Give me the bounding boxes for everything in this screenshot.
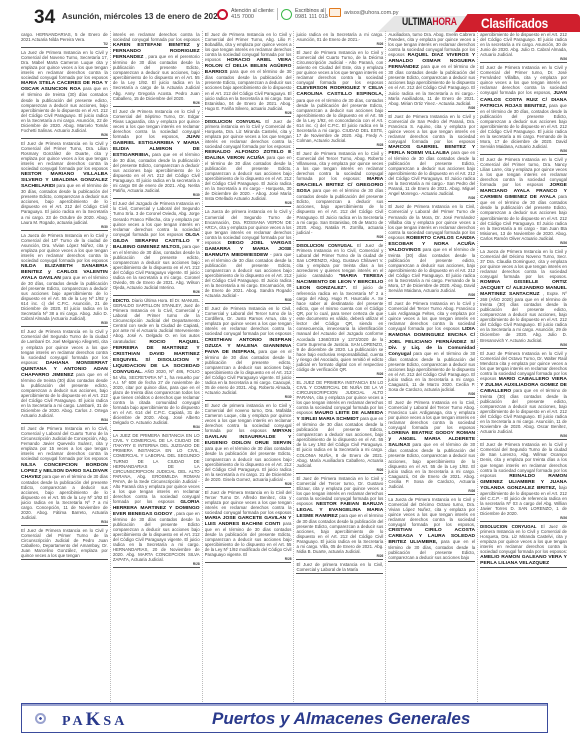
edict-notice: El Juez de Primera Instancia en lo Civil…: [480, 441, 567, 522]
ad-brand: PAKSA: [62, 709, 127, 731]
contact-phone-value: 415 7000: [231, 14, 254, 20]
page-header: 34 Asunción, miércoles 13 de enero de 20…: [0, 0, 580, 30]
edict-body-continued: para que en el término de 30 días contad…: [205, 69, 292, 110]
edict-notice: El Juez de Primera Instancia en lo Civil…: [480, 64, 567, 155]
edict-body-continued: para que en el término de 30 días contad…: [388, 442, 475, 488]
edict-reference: R/26: [296, 42, 383, 46]
edict-reference: R/28: [205, 201, 292, 205]
edict-body-continued: para que en el término de treinta (30) d…: [480, 388, 567, 434]
edict-notice: El Juez de Primera Instancia en lo Civil…: [296, 475, 383, 561]
classifieds-columns: cargo. HERNANDARIAS, 5 de Enero de 2021 …: [21, 31, 569, 704]
edict-reference: R/26: [388, 489, 475, 493]
edict-reference: R/26: [21, 133, 108, 137]
edict-reference: R/26: [480, 57, 567, 61]
edict-reference: R/30: [113, 193, 200, 197]
edict-reference: R/34: [113, 425, 200, 429]
contact-whatsapp: Escribinos al 0981 111 013: [277, 8, 328, 20]
edict-body-continued: , para que en el perentorio término de 3…: [113, 54, 200, 100]
edict-reference: R/26: [480, 241, 567, 245]
edict-body-continued: para que en el término de 30 días, conta…: [21, 275, 108, 321]
edict-reference: R/26: [113, 101, 200, 105]
edict-body-continued: para que en el término de 30 días, conta…: [296, 98, 383, 143]
edict-body-continued: - para que en el término de 30 días cont…: [205, 252, 292, 298]
edict-reference: R/30: [205, 298, 292, 302]
edict-body: La Jueza de Primera Instancia en lo Civi…: [480, 249, 567, 279]
edict-body: La Juez de Primera Instancia en lo Civil…: [21, 50, 108, 80]
edict-body-continued: para que en el término de 30 días, conta…: [21, 183, 108, 224]
column-1: cargo. HERNANDARIAS, 5 de Enero de 2021 …: [21, 31, 111, 704]
brand-primary: ULTIMA: [402, 16, 432, 28]
edict-notice: El Juez de Primera Instancia en lo Civil…: [296, 49, 383, 149]
edict-notice: DISOLUCION CONYUGAL El Juez de primera I…: [480, 523, 567, 568]
edict-notice: El Juez de Primera Instancia en lo Civil…: [388, 113, 475, 203]
phone-icon: [217, 9, 228, 20]
column-2: interés en reclamar derechos contra la s…: [113, 31, 203, 704]
edict-notice: El Juez de Primera Instancia en lo Civil…: [21, 140, 108, 231]
edict-body: El Juez de primera Instancia en lo Civil…: [296, 562, 383, 572]
edict-body-continued: para que en el término de treinta (30) d…: [388, 247, 475, 293]
edict-body: El Juez de primera instancia en lo Civil…: [205, 119, 292, 149]
edict-reference: R/28: [113, 562, 200, 566]
edict-notice: El Juez de Primera Instancia en lo Civil…: [113, 108, 200, 200]
edict-notice: El Juez de Primera Instancia en lo Civil…: [296, 150, 383, 241]
edict-reference: R/26: [296, 372, 383, 376]
edict-notice: El Juez de Primera Instancia en lo Civil…: [21, 328, 108, 424]
edict-reference: R/26: [388, 293, 475, 297]
page-number: 34: [34, 7, 55, 29]
edict-body-continued: para que en el término de 30 días, conta…: [480, 103, 567, 149]
edict-notice: El Juez de Primera Instancia en lo Civil…: [21, 527, 108, 560]
paksa-advertisement[interactable]: PAKSA Puertos y Almacenes Generales: [21, 703, 548, 733]
edict-notice: apercibimiento de lo dispuesto en el Art…: [480, 31, 567, 63]
edict-body-continued: AÑO 2020, Nº 486, FOLIO 54 vlto, SECRETA…: [113, 369, 200, 425]
edict-body-continued: para que en el término de 30 días contad…: [388, 150, 475, 196]
edict-body-continued: para que en el término de treinta (30) d…: [21, 372, 108, 418]
contact-whatsapp-value: 0981 111 013: [295, 14, 328, 20]
edict-notice: La Jueza de primera instancia en lo Civi…: [205, 208, 292, 304]
edict-notice: EDICTO. Diario Última Hora. El Dr. MANUE…: [113, 297, 200, 431]
paksa-logo-icon: [35, 713, 46, 724]
edict-body: El Juez de primera Instancia en lo Civil…: [480, 524, 567, 554]
edict-reference: T/2: [21, 42, 108, 46]
edict-notice: DISOLUCION CONYUGAL El Juez de Primera I…: [296, 242, 383, 378]
edict-parties: AMELIO RAMON GALEANO VERA Y PERLA LILIAN…: [480, 555, 567, 566]
edict-notice: El Juez de Primera Instancia en lo Civil…: [480, 156, 567, 247]
edict-body-continued: para que en el término de 30 días contad…: [205, 155, 292, 201]
ad-brand-letter: P: [62, 714, 73, 729]
edict-notice: El Juez de primera instancia en lo Civil…: [205, 402, 292, 488]
edict-reference: R/26: [388, 106, 475, 110]
edict-notice: DISOLUCION CONYUGAL El Juez de primera i…: [205, 118, 292, 208]
edict-reference: R/28: [296, 143, 383, 147]
section-title: Clasificados: [481, 15, 548, 31]
edict-reference: R/26: [296, 235, 383, 239]
edict-reference: R/26: [480, 149, 567, 153]
edict-notice: La Jueza de Primera Instancia en lo Civi…: [388, 496, 475, 563]
edict-notice: Auxiliadora, turno Dra. Abog. Evelin Cab…: [388, 31, 475, 112]
edict-reference: R/26: [388, 196, 475, 200]
edict-body-continued: para que en el término de 30 días contad…: [296, 188, 383, 234]
edict-body-continued: para que en el término de 30 días contad…: [205, 446, 292, 481]
edict-notice: cargo. HERNANDARIAS, 5 de Enero de 2021 …: [21, 31, 108, 48]
edict-notice: El Juez del Juzgado de Primera Instancia…: [113, 200, 200, 296]
edict-body-continued: para que en el término de 30 días contad…: [296, 416, 383, 467]
edict-body: LA JUEZ DE PRIMERA INSTANCIA EN LO CIVIL…: [113, 433, 200, 504]
edict-reference: R/30: [21, 321, 108, 325]
ad-brand-letter: S: [103, 714, 114, 729]
edict-body: La Jueza de primera instancia en lo Civi…: [205, 209, 292, 244]
edict-body-continued: para que en el término de 30 días contad…: [205, 521, 292, 557]
edict-reference: R/28: [205, 557, 292, 561]
section-banner: Clasificados: [455, 14, 580, 32]
edict-body-continued: para que en el término de 30 días, conta…: [113, 152, 200, 193]
edict-reference: R/26: [388, 392, 475, 396]
edict-body: El Juez de Primera Instancia en lo Civil…: [296, 243, 383, 278]
contact-email: avisos@uhora.com.py: [325, 8, 399, 17]
ad-tagline: Puertos y Almacenes Generales: [212, 709, 470, 729]
edict-body-continued: para que en el término de 30 días contad…: [480, 194, 567, 240]
edict-reference: R/30: [205, 395, 292, 399]
edict-reference: R/26: [480, 434, 567, 438]
whatsapp-icon: [281, 9, 292, 20]
edict-body: El Juez de Primera Instancia en lo Civil…: [388, 114, 475, 144]
column-3: El Juez de Primera Instancia en lo Civil…: [205, 31, 295, 704]
edict-body-continued: para que en el término de 30 días contad…: [296, 513, 383, 554]
edict-reference: R/34: [21, 520, 108, 524]
edict-body: El Juez del Juzgado de Primera Instancia…: [113, 201, 200, 236]
edict-body-continued: para que en el término de 30 días contad…: [205, 349, 292, 395]
edict-body: El Juez de Primera Instancia en lo Civil…: [21, 141, 108, 171]
edict-body: juicio radica en la Secretaría a mi carg…: [296, 32, 383, 42]
edict-reference: R/26: [480, 343, 567, 347]
ad-brand-letter: A: [73, 714, 86, 729]
edict-notice: El Juez de Primera Instancia en lo Civil…: [480, 350, 567, 441]
column-6: apercibimiento de lo dispuesto en el Art…: [480, 31, 569, 704]
edict-notice: El Juez de primera Instancia en lo Civil…: [296, 561, 383, 574]
edict-notice: El Juez de Primera Instancia en lo Civil…: [205, 31, 292, 117]
column-4: juicio radica en la Secretaría a mi carg…: [296, 31, 386, 704]
edict-body-continued: para que en el término de 30 días contad…: [21, 474, 108, 520]
edict-body: El Juez de Primera Instancia en lo Civil…: [296, 50, 383, 85]
edict-body: El Juez de Primera Instancia en lo Civil…: [21, 528, 108, 558]
edict-body: Diario Última Hora. El Dr. MANUEL GERALD…: [113, 298, 200, 343]
edict-reference: R/26: [296, 468, 383, 472]
edict-reference: R/26: [296, 554, 383, 558]
edict-body: cargo. HERNANDARIAS, 5 de Enero de 2021 …: [21, 32, 108, 42]
edict-reference: R/34: [21, 418, 108, 422]
edict-notice: El Juez de Primera Instancia en lo Civil…: [205, 305, 292, 401]
edict-notice: El Juez de Primera Instancia en lo Civil…: [388, 399, 475, 495]
brand-secondary: HORA: [432, 16, 456, 28]
edict-notice: interés en reclamar derechos contra la s…: [113, 31, 200, 107]
edict-parties: MARIA JOSE GARCETE GAVILAN Y LUIS ANDRES…: [205, 516, 292, 527]
edict-notice: El Juez de Primera Instancia en lo Civil…: [21, 425, 108, 526]
email-icon: [329, 8, 341, 17]
edict-notice: El Juez de Primera Instancia en lo Civil…: [388, 300, 475, 398]
edict-reference: R/26: [205, 111, 292, 115]
edict-body-continued: , Expte. Nº 268 (AÑO 2020) para que en e…: [480, 291, 567, 342]
contact-email-value[interactable]: avisos@uhora.com.py: [344, 10, 399, 16]
edict-body: interés en reclamar derechos contra la s…: [113, 32, 200, 42]
edict-reference: R/26: [480, 516, 567, 520]
edict-notice: LA JUEZ DE PRIMERA INSTANCIA EN LO CIVIL…: [113, 432, 200, 568]
edict-notice: La Juez de Primera Instancia en lo Civil…: [21, 49, 108, 139]
edict-body: El Juez de Primera Instancia en lo Civil…: [480, 442, 567, 477]
contact-phone: Atención al cliente: 415 7000: [217, 8, 275, 20]
edict-notice: EL JUEZ DE PRIMERA INSTANCIA EN LO CIVIL…: [296, 379, 383, 474]
edict-body: El Juez de Primera Instancia en lo Civil…: [205, 306, 292, 336]
edict-reference: R/30: [21, 225, 108, 229]
edict-notice: El Juez de Primera Instancia en lo Civil…: [205, 489, 292, 564]
edict-notice: La Jueza de Primera Instancia en lo Civi…: [480, 248, 567, 349]
edict-body-continued: para que en el término de 30 días contad…: [388, 64, 475, 105]
edict-notice: El Juez de Primera Instancia en lo Civil…: [388, 203, 475, 299]
ad-brand-letter: A: [114, 714, 127, 729]
edict-body: El Juez de Primera Instancia en lo Civil…: [388, 400, 475, 430]
edict-body: La Jueza de Primera Instancia en lo Civi…: [388, 497, 475, 527]
edict-parties: CLEVERSON RODRIGUEZ Y CELIA CAROLINA CAS…: [296, 86, 383, 97]
edict-body-continued: para que en el término de 30 días, conta…: [113, 244, 200, 290]
edict-body: La Jueza de Primera Instancia en lo Civi…: [21, 233, 108, 263]
edict-reference: R/26: [205, 482, 292, 486]
brand-logo: ULTIMAHORA: [402, 16, 457, 28]
edict-body: apercibimiento de lo dispuesto en el Art…: [480, 32, 567, 57]
edict-body: El Juez de Primera Instancia en lo Civil…: [205, 490, 292, 515]
page-date: Asunción, miércoles 13 de enero de 2021: [62, 12, 222, 21]
edict-body: El Juez de Primera Instancia en lo Civil…: [21, 329, 108, 364]
edict-notice: juicio radica en la Secretaría a mi carg…: [296, 31, 383, 48]
edict-body: El Juez de Primera Instancia en lo Civil…: [21, 426, 108, 461]
edict-body: EL JUEZ DE PRIMERA INSTANCIA EN LO CIVIL…: [296, 380, 383, 415]
edict-body-continued: El juicio de referencia radica en la Sec…: [296, 285, 383, 372]
edict-body-continued: , para que en término de 30 días contado…: [113, 511, 200, 562]
column-5: Auxiliadora, turno Dra. Abog. Evelin Cab…: [388, 31, 478, 704]
edict-body-continued: para que en el término de treinta (30) d…: [21, 86, 108, 132]
edict-body: El Juez de Primera Instancia en lo Civil…: [388, 204, 475, 239]
edict-reference: R/26: [113, 290, 200, 294]
edict-notice: La Jueza de Primera Instancia en lo Civi…: [21, 232, 108, 328]
edict-body-continued: para que en el término de 30 días contad…: [388, 351, 475, 392]
ad-brand-letter: K: [86, 709, 104, 730]
